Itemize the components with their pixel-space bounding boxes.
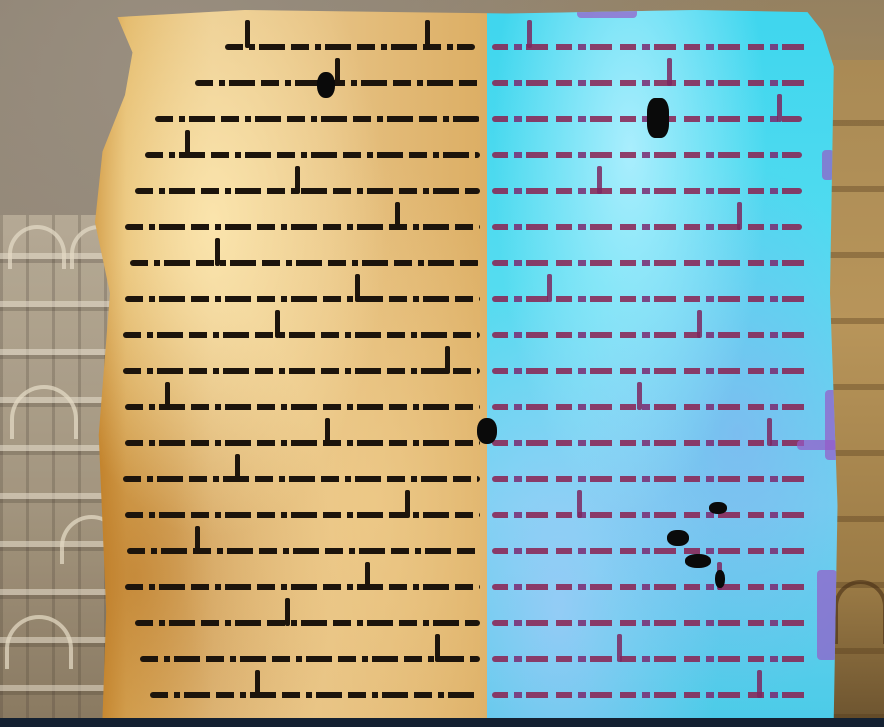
worm-hole [715,570,725,588]
uv-stain [577,8,637,18]
arch-decoration [834,580,884,644]
worm-hole [647,98,669,138]
ultraviolet-half [487,10,845,718]
arch-decoration [10,385,78,439]
worm-hole [317,72,335,98]
worm-hole [477,418,497,444]
uv-stain [797,440,837,450]
script-lines-ink [95,10,487,718]
manuscript-scene [0,0,884,718]
uv-stain [817,570,837,660]
worm-hole [667,530,689,546]
worm-hole [709,502,727,514]
arch-decoration [8,225,66,269]
worm-hole [685,554,711,568]
manuscript-page [95,10,845,718]
bottom-strip [0,718,884,727]
arch-decoration [5,615,73,669]
visible-light-half [95,10,487,718]
